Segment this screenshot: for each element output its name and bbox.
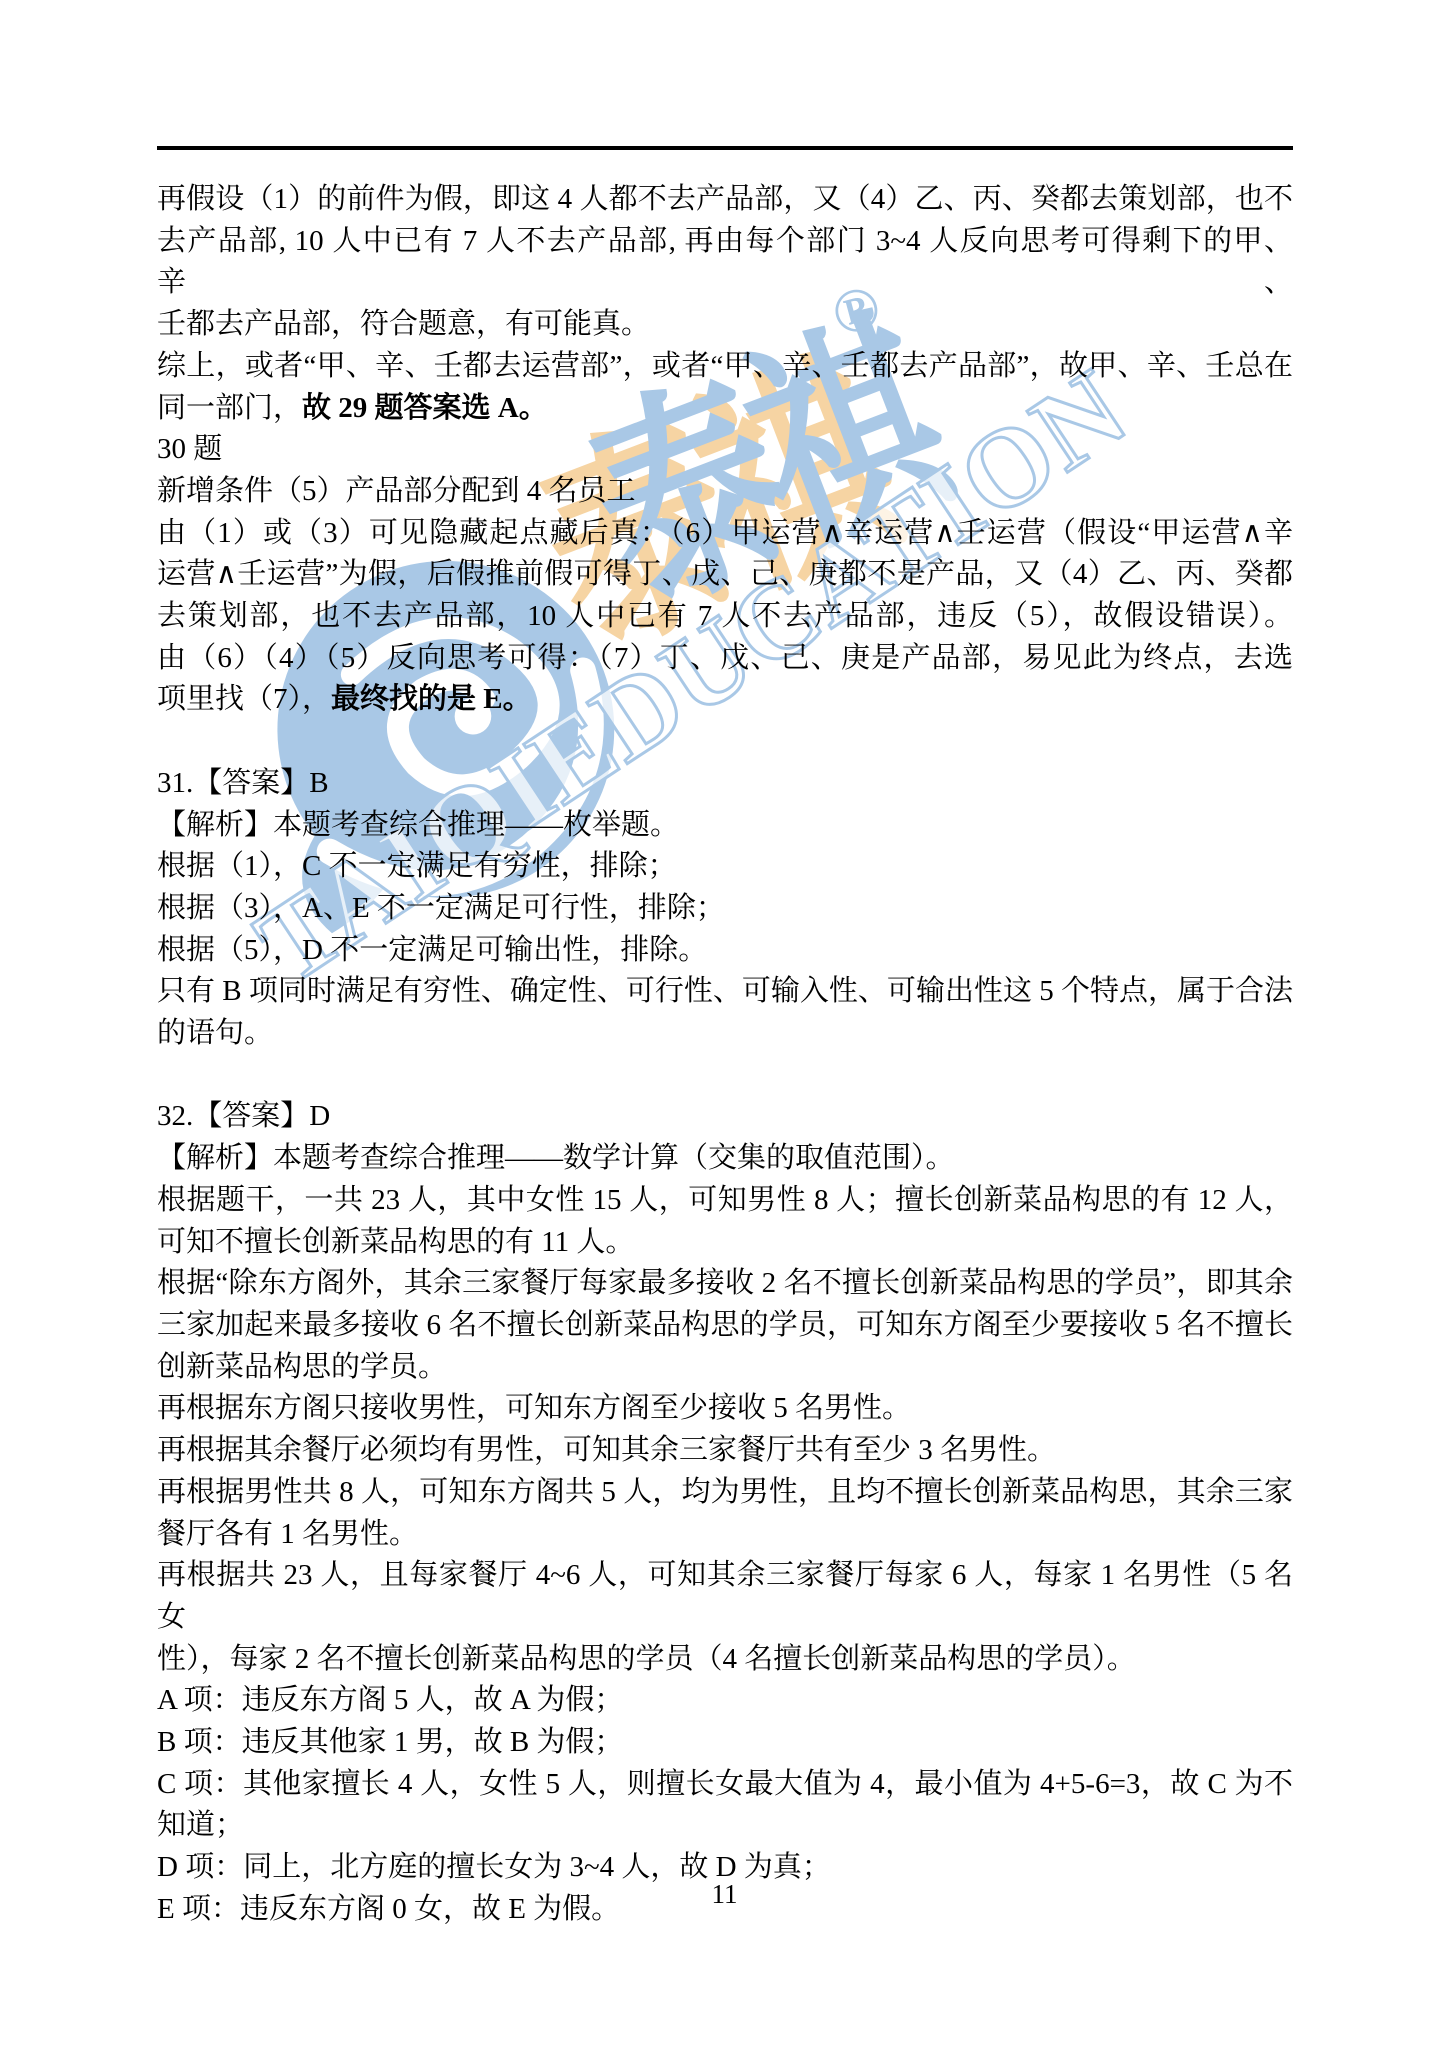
text-line: 根据（5），D 不一定满足可输出性，排除。 <box>157 930 1293 972</box>
text-line: 根据题干，一共 23 人，其中女性 15 人，可知男性 8 人；擅长创新菜品构思… <box>157 1180 1293 1222</box>
text-line <box>157 1055 1293 1097</box>
text-line: 去产品部, 10 人中已有 7 人不去产品部, 再由每个部门 3~4 人反向思考… <box>157 221 1293 304</box>
text-line: 三家加起来最多接收 6 名不擅长创新菜品构思的学员，可知东方阁至少要接收 5 名… <box>157 1305 1293 1347</box>
text-line: 知道； <box>157 1805 1293 1847</box>
text-line: 【解析】本题考查综合推理——枚举题。 <box>157 805 1293 847</box>
text-line: 餐厅各有 1 名男性。 <box>157 1514 1293 1556</box>
text-line: 壬都去产品部，符合题意，有可能真。 <box>157 304 1293 346</box>
text-line: A 项：违反东方阁 5 人，故 A 为假； <box>157 1680 1293 1722</box>
text-line: 同一部门，故 29 题答案选 A。 <box>157 388 1293 430</box>
header-rule <box>157 146 1293 150</box>
text-line: 再根据东方阁只接收男性，可知东方阁至少接收 5 名男性。 <box>157 1388 1293 1430</box>
text-line: 再假设（1）的前件为假，即这 4 人都不去产品部，又（4）乙、丙、癸都去策划部，… <box>157 179 1293 221</box>
text-line: 再根据共 23 人，且每家餐厅 4~6 人，可知其余三家餐厅每家 6 人，每家 … <box>157 1555 1293 1638</box>
text-line: 根据“除东方阁外，其余三家餐厅每家最多接收 2 名不擅长创新菜品构思的学员”，即… <box>157 1263 1293 1305</box>
text-line: 再根据其余餐厅必须均有男性，可知其余三家餐厅共有至少 3 名男性。 <box>157 1430 1293 1472</box>
text-line: 的语句。 <box>157 1013 1293 1055</box>
text-line: 只有 B 项同时满足有穷性、确定性、可行性、可输入性、可输出性这 5 个特点，属… <box>157 971 1293 1013</box>
text-line: 去策划部，也不去产品部，10 人中已有 7 人不去产品部，违反（5），故假设错误… <box>157 596 1293 638</box>
text-line: 32.【答案】D <box>157 1096 1293 1138</box>
text-line: 运营∧壬运营”为假，后假推前假可得丁、戊、己、庚都不是产品，又（4）乙、丙、癸都 <box>157 554 1293 596</box>
text-line: 新增条件（5）产品部分配到 4 名员工 <box>157 471 1293 513</box>
text-line: 可知不擅长创新菜品构思的有 11 人。 <box>157 1222 1293 1264</box>
text-line: 由（1）或（3）可见隐藏起点藏后真：（6）甲运营∧辛运营∧壬运营（假设“甲运营∧… <box>157 513 1293 555</box>
text-line: 【解析】本题考查综合推理——数学计算（交集的取值范围）。 <box>157 1138 1293 1180</box>
text-line: B 项：违反其他家 1 男，故 B 为假； <box>157 1722 1293 1764</box>
text-line: C 项：其他家擅长 4 人，女性 5 人，则擅长女最大值为 4，最小值为 4+5… <box>157 1764 1293 1806</box>
text-line: 项里找（7），最终找的是 E。 <box>157 679 1293 721</box>
text-line: 创新菜品构思的学员。 <box>157 1347 1293 1389</box>
text-line: 30 题 <box>157 429 1293 471</box>
answer-explanations-text: 再假设（1）的前件为假，即这 4 人都不去产品部，又（4）乙、丙、癸都去策划部，… <box>157 179 1293 1931</box>
text-line: 根据（3），A、E 不一定满足可行性，排除； <box>157 888 1293 930</box>
text-line: 综上，或者“甲、辛、壬都去运营部”，或者“甲、辛、壬都去产品部”，故甲、辛、壬总… <box>157 346 1293 388</box>
text-line <box>157 721 1293 763</box>
page-number: 11 <box>0 1878 1449 1910</box>
text-line: 性），每家 2 名不擅长创新菜品构思的学员（4 名擅长创新菜品构思的学员）。 <box>157 1639 1293 1681</box>
text-line: 根据（1），C 不一定满足有穷性，排除； <box>157 846 1293 888</box>
text-line: 31.【答案】B <box>157 763 1293 805</box>
text-line: 由（6）（4）（5）反向思考可得：（7）丁、戊、己、庚是产品部，易见此为终点，去… <box>157 638 1293 680</box>
text-line: 再根据男性共 8 人，可知东方阁共 5 人，均为男性，且均不擅长创新菜品构思，其… <box>157 1472 1293 1514</box>
